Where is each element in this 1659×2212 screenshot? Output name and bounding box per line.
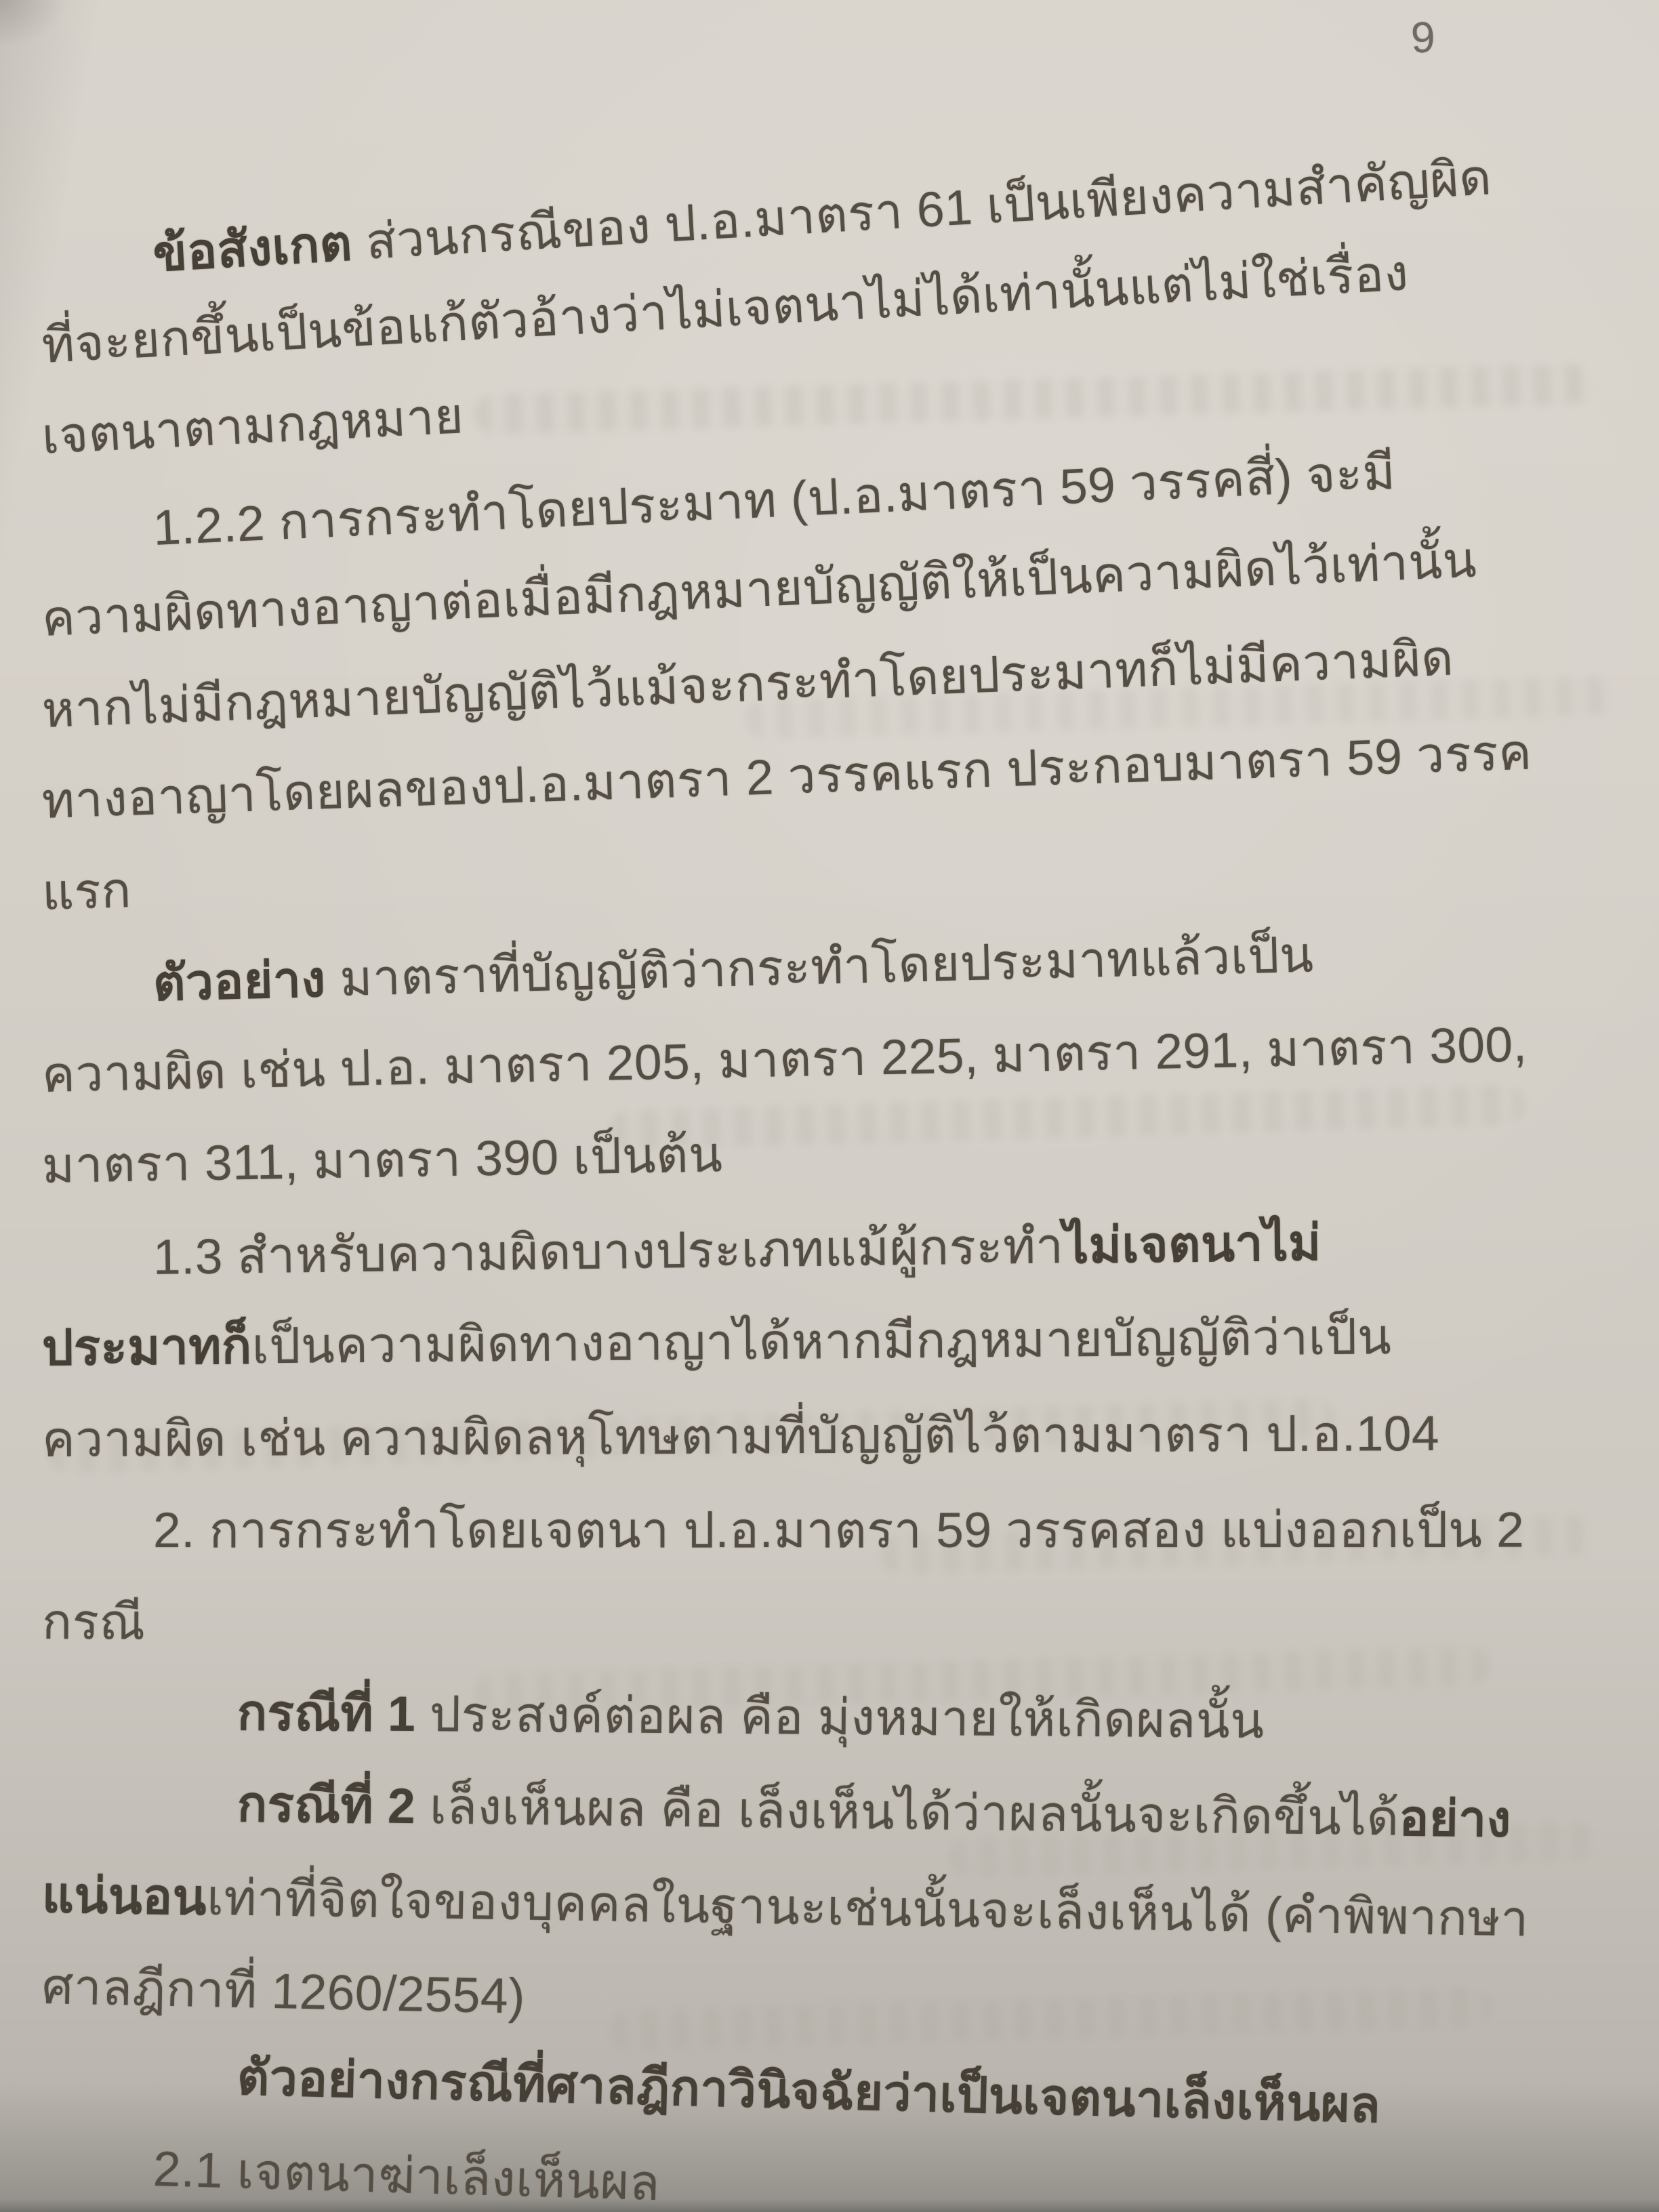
body-text-segment: ทางอาญาโดยผลของป.อ.มาตรา 2 วรรคแรก ประกอ…: [41, 724, 1533, 828]
body-text-segment: 2.1 เจตนาฆ่าเล็งเห็นผล: [152, 2142, 661, 2211]
text-line: กรณีที่ 1 ประสงค์ต่อผล คือ มุ่งหมายให้เก…: [237, 1687, 1265, 1748]
text-line: 2.1 เจตนาฆ่าเล็งเห็นผล: [152, 2144, 661, 2210]
text-line: กรณีที่ 2 เล็งเห็นผล คือ เล็งเห็นได้ว่าผ…: [237, 1779, 1512, 1846]
body-text-segment: หากไม่มีกฎหมายบัญญัติไว้แม้จะกระทำโดยประ…: [41, 631, 1454, 738]
body-text-segment: เล็งเห็นผล คือ เล็งเห็นได้ว่าผลนั้นจะเกิ…: [415, 1779, 1399, 1845]
bold-text-segment: ไม่เจตนาไม่: [1063, 1216, 1322, 1274]
text-line: กรณี: [42, 1597, 146, 1649]
text-line: ศาลฎีกาที่ 1260/2554): [41, 1961, 525, 2023]
body-text-segment: 1.3 สำหรับความผิดบางประเภทแม้ผู้กระทำ: [152, 1218, 1064, 1285]
bold-text-segment: กรณีที่ 2: [237, 1777, 416, 1834]
text-line: ตัวอย่าง มาตราที่บัญญัติว่ากระทำโดยประมา…: [152, 930, 1314, 1010]
text-line: มาตรา 311, มาตรา 390 เป็นต้น: [41, 1129, 723, 1192]
text-line: แน่นอนเท่าที่จิตใจของบุคคลในฐานะเช่นนั้น…: [41, 1870, 1529, 1946]
bold-text-segment: ตัวอย่างกรณีที่ศาลฎีกาวินิจฉัยว่าเป็นเจต…: [237, 2050, 1381, 2133]
text-block: ข้อสังเกต ส่วนกรณีของ ป.อ.มาตรา 61 เป็นเ…: [0, 0, 1659, 2212]
text-line: 1.2.2 การกระทำโดยประมาท (ป.อ.มาตรา 59 วร…: [152, 447, 1397, 554]
body-text-segment: ประสงค์ต่อผล คือ มุ่งหมายให้เกิดผลนั้น: [415, 1687, 1265, 1748]
text-line: ทางอาญาโดยผลของป.อ.มาตรา 2 วรรคแรก ประกอ…: [41, 726, 1533, 827]
body-text-segment: เจตนาตามกฎหมาย: [41, 388, 465, 464]
text-line: ตัวอย่างกรณีที่ศาลฎีกาวินิจฉัยว่าเป็นเจต…: [237, 2052, 1381, 2132]
text-line: ความผิด เช่น ความผิดลหุโทษตามที่บัญญัติไ…: [42, 1408, 1439, 1467]
text-line: ความผิดทางอาญาต่อเมื่อมีกฎหมายบัญญัติให้…: [41, 535, 1477, 646]
body-text-segment: ศาลฎีกาที่ 1260/2554): [41, 1959, 526, 2024]
book-page: 9 ข้อสังเกต ส่วนกรณีของ ป.อ.มาตรา 61 เป็…: [0, 0, 1659, 2212]
bold-text-segment: ประมาทก็: [42, 1319, 252, 1376]
text-line: ความผิด เช่น ป.อ. มาตรา 205, มาตรา 225, …: [41, 1019, 1528, 1101]
body-text-segment: แรก: [41, 863, 132, 920]
text-line: เจตนาตามกฎหมาย: [41, 390, 465, 463]
text-line: แรก: [41, 865, 132, 919]
text-line: 1.3 สำหรับความผิดบางประเภทแม้ผู้กระทำไม่…: [153, 1218, 1322, 1284]
body-text-segment: ความผิด เช่น ความผิดลหุโทษตามที่บัญญัติไ…: [42, 1406, 1439, 1467]
body-text-segment: ความผิด เช่น ป.อ. มาตรา 205, มาตรา 225, …: [41, 1017, 1528, 1103]
body-text-segment: มาตราที่บัญญัติว่ากระทำโดยประมาทแล้วเป็น: [325, 928, 1315, 1007]
bold-text-segment: แน่นอน: [41, 1868, 207, 1925]
bold-text-segment: ข้อสังเกต: [152, 216, 354, 282]
text-line: ประมาทก็เป็นความผิดทางอาญาได้หากมีกฎหมาย…: [42, 1311, 1392, 1374]
body-text-segment: กรณี: [42, 1595, 146, 1650]
body-text-segment: เป็นความผิดทางอาญาได้หากมีกฎหมายบัญญัติว…: [251, 1309, 1391, 1374]
bold-text-segment: ตัวอย่าง: [152, 952, 327, 1011]
bold-text-segment: กรณีที่ 1: [237, 1685, 416, 1742]
body-text-segment: มาตรา 311, มาตรา 390 เป็นต้น: [41, 1127, 723, 1193]
body-text-segment: 2. การกระทำโดยเจตนา ป.อ.มาตรา 59 วรรคสอง…: [153, 1503, 1524, 1558]
text-line: หากไม่มีกฎหมายบัญญัติไว้แม้จะกระทำโดยประ…: [41, 633, 1455, 737]
bold-text-segment: อย่าง: [1399, 1791, 1511, 1847]
body-text-segment: เท่าที่จิตใจของบุคคลในฐานะเช่นนั้นจะเล็ง…: [206, 1870, 1529, 1947]
text-line: 2. การกระทำโดยเจตนา ป.อ.มาตรา 59 วรรคสอง…: [153, 1505, 1524, 1557]
body-text-segment: 1.2.2 การกระทำโดยประมาท (ป.อ.มาตรา 59 วร…: [152, 445, 1397, 556]
